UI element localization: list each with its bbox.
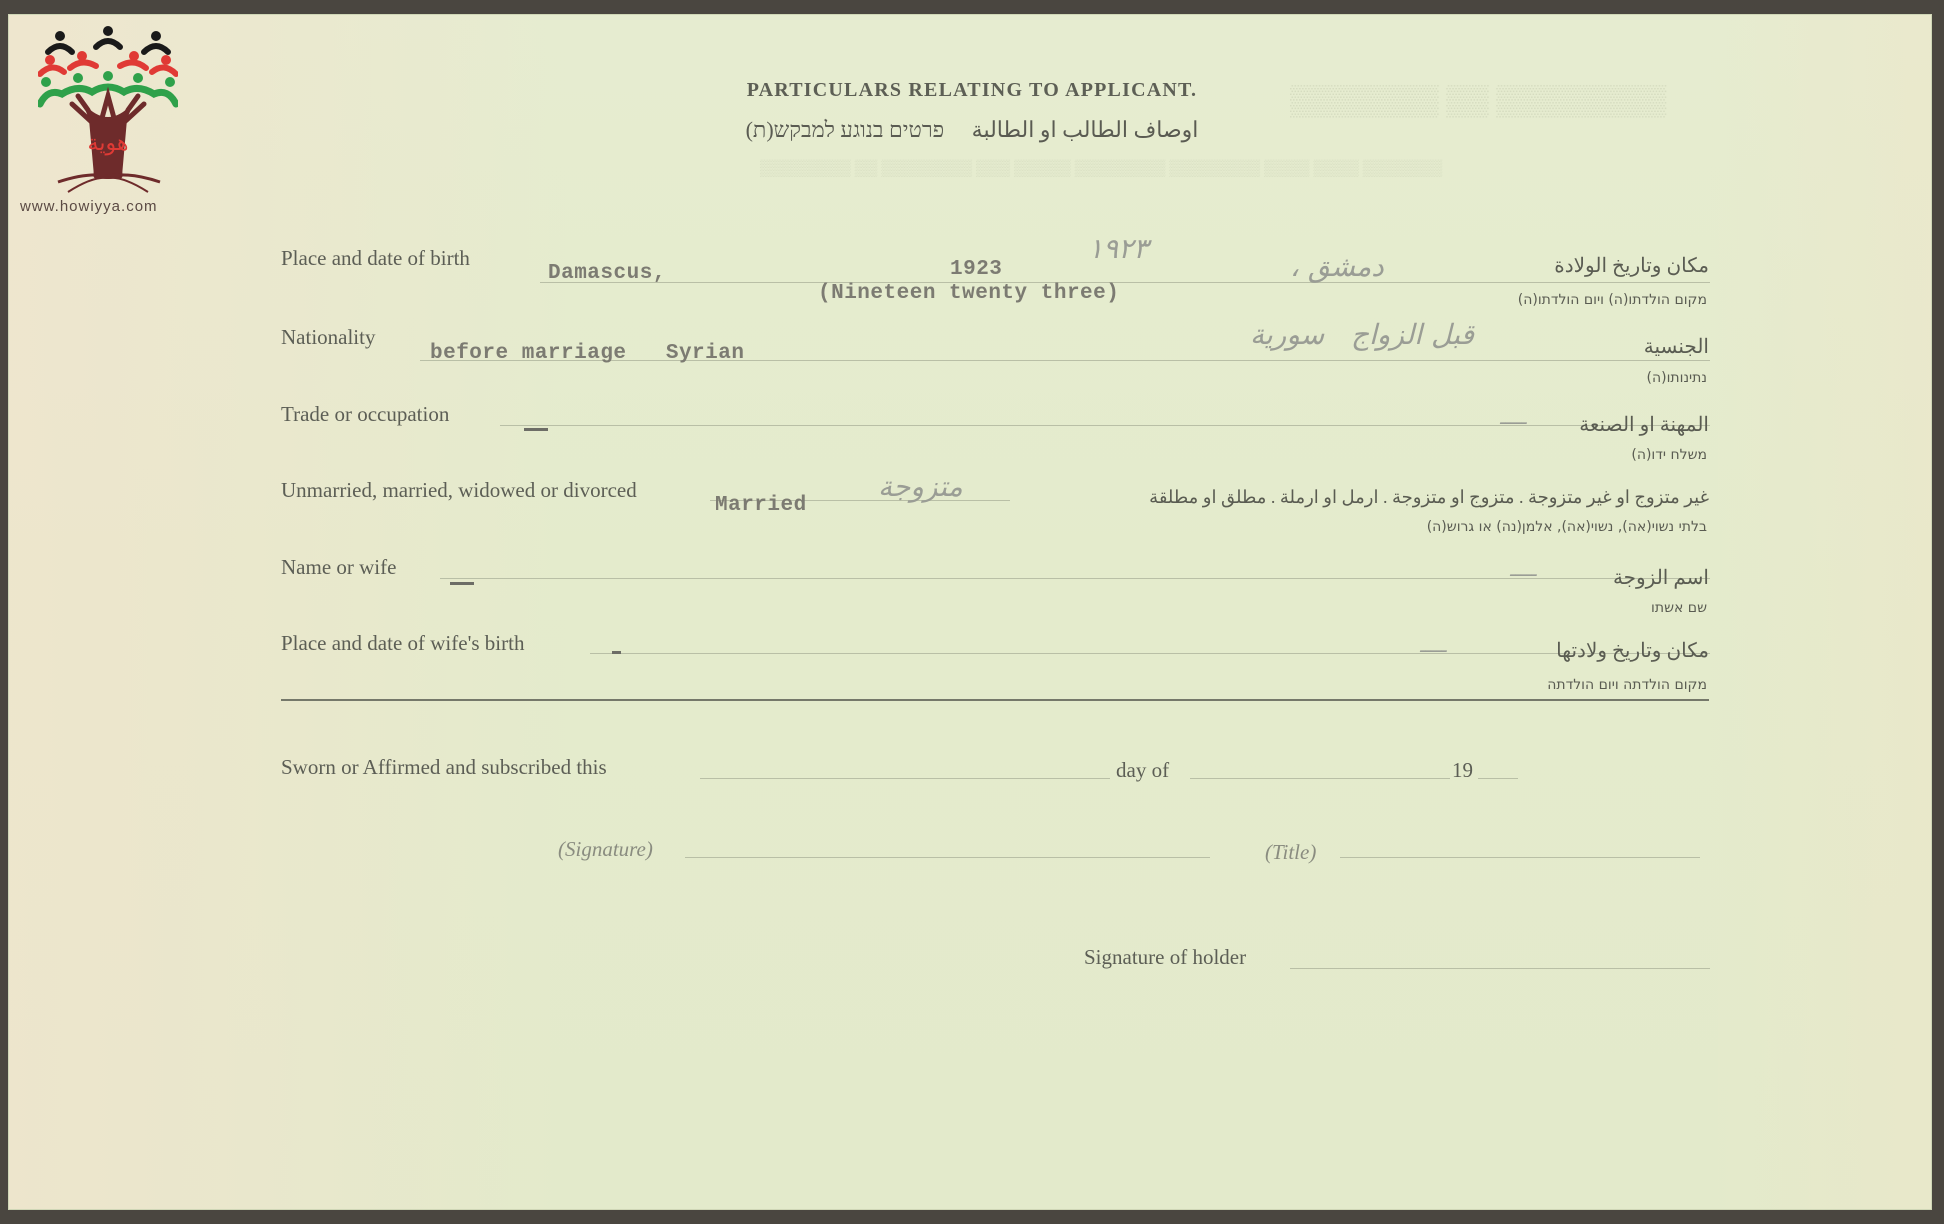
- wife-birth-value-dash: [612, 651, 621, 654]
- occupation-handwritten: ـــــ: [1500, 408, 1526, 429]
- document-page: [8, 14, 1932, 1210]
- marital-label-hebrew: בלתי נשוי(אה), נשוי(אה), אלמן(נה) או גרו…: [1427, 519, 1707, 535]
- birth-underline: [540, 282, 1710, 283]
- birth-place-handwritten: دمشق ،: [1290, 250, 1384, 283]
- nationality-label: Nationality: [281, 325, 375, 350]
- watermark-url: www.howiyya.com: [20, 198, 158, 215]
- wife-name-value-dash: [450, 582, 474, 585]
- holder-signature-label: Signature of holder: [1084, 945, 1246, 970]
- bleed-through-text: ▒▒▒▒▒▒▒▒ ▒▒ ▒▒▒▒▒▒▒▒ ▒▒▒ ▒▒▒▒▒ ▒▒▒▒▒▒▒▒ …: [760, 160, 1442, 178]
- sworn-day-underline: [700, 778, 1110, 779]
- birth-year-value: 1923: [950, 258, 1002, 281]
- occupation-label-hebrew: משלח ידו(ה): [1631, 447, 1707, 463]
- title-underline: [1340, 857, 1700, 858]
- form-subtitle: اوصاف الطالب او الطالبة פרטים בנוגע למבק…: [0, 117, 1944, 143]
- marital-value: Married: [715, 494, 807, 517]
- holder-signature-underline: [1290, 968, 1710, 969]
- wife-name-handwritten: ـــــ: [1510, 560, 1536, 581]
- nationality-label-hebrew: נתינותו(ה): [1647, 370, 1707, 386]
- birth-place-value: Damascus,: [548, 262, 666, 285]
- occupation-value-dash: [524, 428, 548, 431]
- occupation-label: Trade or occupation: [281, 402, 449, 427]
- wife-birth-label-hebrew: מקום הולדתה ויום הולדתה: [1547, 677, 1707, 693]
- wife-birth-underline: [590, 653, 1710, 654]
- birth-year-handwritten: ١٩٢٣: [1088, 232, 1148, 265]
- subtitle-hebrew: פרטים בנוגע למבקש(ת): [746, 117, 945, 142]
- marital-label-arabic: غير متزوج او غير متزوجة . متزوج او متزوج…: [1149, 487, 1709, 508]
- wife-birth-label-arabic: مكان وتاريخ ولادتها: [1556, 638, 1709, 663]
- occupation-label-arabic: المهنة او الصنعة: [1579, 412, 1709, 437]
- wife-name-label-arabic: اسم الزوجة: [1613, 565, 1709, 590]
- wife-name-label: Name or wife: [281, 555, 396, 580]
- nationality-handwritten: قبل الزواج سورية: [1250, 318, 1474, 351]
- day-of-label: day of: [1116, 758, 1169, 783]
- year-underline: [1478, 778, 1518, 779]
- birth-label-hebrew: מקום הולדתו(ה) ויום הולדתו(ה): [1518, 292, 1707, 308]
- wife-birth-label: Place and date of wife's birth: [281, 631, 524, 656]
- wife-birth-handwritten: ـــــ: [1420, 636, 1446, 657]
- sworn-label: Sworn or Affirmed and subscribed this: [281, 755, 607, 780]
- signature-underline: [685, 857, 1210, 858]
- wife-name-label-hebrew: שם אשתו: [1651, 600, 1707, 616]
- tree-people-icon: هوية: [38, 26, 178, 196]
- signature-label: (Signature): [558, 837, 653, 862]
- form-title: PARTICULARS RELATING TO APPLICANT.: [0, 79, 1944, 102]
- month-underline: [1190, 778, 1450, 779]
- marital-handwritten: متزوجة: [878, 470, 963, 503]
- subtitle-arabic: اوصاف الطالب او الطالبة: [972, 117, 1199, 142]
- birth-label: Place and date of birth: [281, 246, 470, 271]
- section-divider: [281, 699, 1709, 701]
- nationality-label-arabic: الجنسية: [1644, 334, 1709, 359]
- birth-year-words: (Nineteen twenty three): [818, 282, 1119, 305]
- marital-label: Unmarried, married, widowed or divorced: [281, 478, 637, 503]
- nationality-value: before marriage Syrian: [430, 342, 744, 365]
- howiyya-logo: هوية: [38, 26, 178, 196]
- birth-label-arabic: مكان وتاريخ الولادة: [1554, 253, 1709, 278]
- title-label: (Title): [1265, 840, 1316, 865]
- year-prefix: 19: [1452, 758, 1473, 783]
- occupation-underline: [500, 425, 1710, 426]
